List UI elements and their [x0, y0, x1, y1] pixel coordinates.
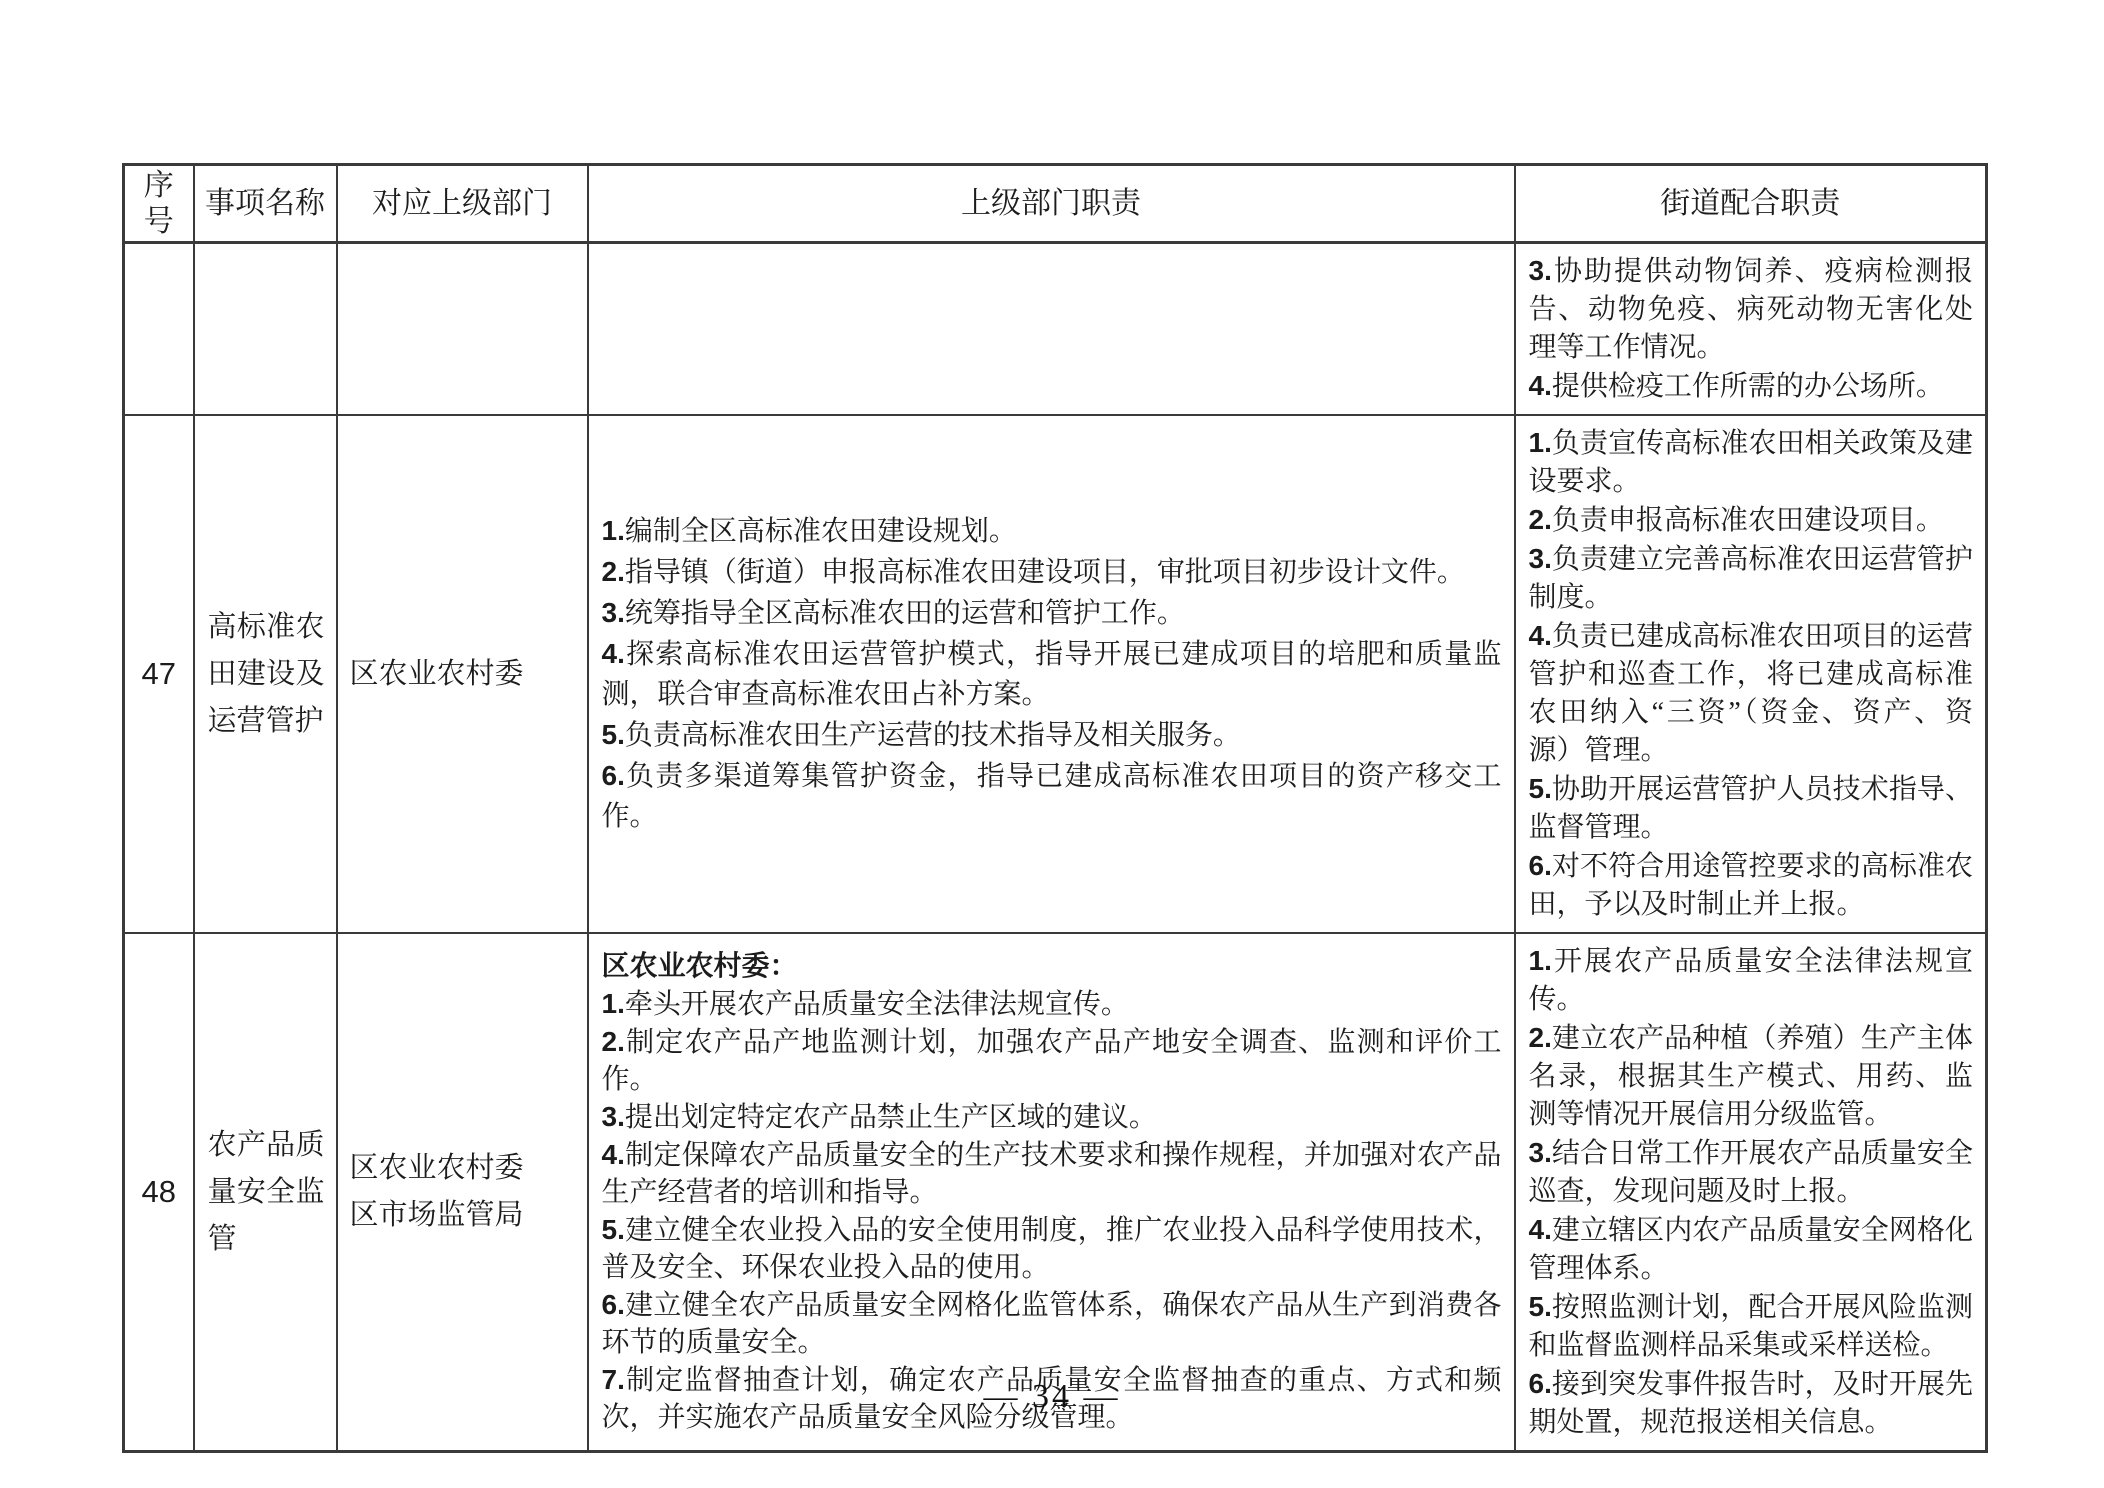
header-row: 序 号 事项名称 对应上级部门 上级部门职责 街道配合职责 [124, 165, 1987, 243]
duty-item-number: 3. [602, 1101, 625, 1132]
duty-item: 2.负责申报高标准农田建设项目。 [1529, 501, 1974, 540]
cell-item-name [194, 243, 337, 416]
header-superior-dept: 对应上级部门 [337, 165, 588, 243]
duty-item-number: 4. [1529, 370, 1552, 401]
duty-item: 5.协助开展运营管护人员技术指导、监督管理。 [1529, 770, 1974, 847]
duties-table: 序 号 事项名称 对应上级部门 上级部门职责 街道配合职责 3.协助提供动物饲养… [122, 163, 1988, 1453]
duty-item: 3.负责建立完善高标准农田运营管护制度。 [1529, 540, 1974, 617]
duty-item: 1.负责宣传高标准农田相关政策及建设要求。 [1529, 424, 1974, 501]
duty-item-number: 6. [602, 1289, 625, 1320]
duty-item-number: 2. [602, 1026, 625, 1057]
table-row: 48农产品质量安全监管区农业农村委 区市场监管局区农业农村委：1.牵头开展农产品… [124, 933, 1987, 1452]
duty-item-number: 4. [1529, 620, 1552, 651]
duty-item-number: 3. [602, 597, 625, 628]
duty-item: 1.开展农产品质量安全法律法规宣传。 [1529, 942, 1974, 1019]
duty-item: 5.负责高标准农田生产运营的技术指导及相关服务。 [602, 715, 1502, 756]
duty-item: 1.牵头开展农产品质量安全法律法规宣传。 [602, 985, 1502, 1023]
duty-item: 6.建立健全农产品质量安全网格化监管体系，确保农产品从生产到消费各环节的质量安全… [602, 1286, 1502, 1361]
header-street-duties: 街道配合职责 [1515, 165, 1987, 243]
duty-item: 3.协助提供动物饲养、疫病检测报告、动物免疫、病死动物无害化处理等工作情况。 [1529, 252, 1974, 367]
duty-item: 4.探索高标准农田运营管护模式，指导开展已建成项目的培肥和质量监测，联合审查高标… [602, 634, 1502, 715]
duty-item-number: 5. [602, 719, 625, 750]
duty-item: 3.结合日常工作开展农产品质量安全巡查，发现问题及时上报。 [1529, 1134, 1974, 1211]
page-number: — 34 — [0, 1378, 2104, 1416]
cell-item-name: 高标准农田建设及运营管护 [194, 415, 337, 933]
cell-superior-duties: 区农业农村委：1.牵头开展农产品质量安全法律法规宣传。2.制定农产品产地监测计划… [588, 933, 1515, 1452]
cell-seq: 48 [124, 933, 194, 1452]
duty-item: 4.负责已建成高标准农田项目的运营管护和巡查工作，将已建成高标准农田纳入“三资”… [1529, 617, 1974, 770]
cell-street-duties: 1.开展农产品质量安全法律法规宣传。2.建立农产品种植（养殖）生产主体名录，根据… [1515, 933, 1987, 1452]
cell-superior-dept [337, 243, 588, 416]
duty-item-number: 6. [602, 760, 625, 791]
duty-item: 4.制定保障农产品质量安全的生产技术要求和操作规程，并加强对农产品生产经营者的培… [602, 1136, 1502, 1211]
duty-item: 6.对不符合用途管控要求的高标准农田，予以及时制止并上报。 [1529, 847, 1974, 924]
duty-item-number: 5. [602, 1214, 625, 1245]
duty-item: 6.负责多渠道筹集管护资金，指导已建成高标准农田项目的资产移交工作。 [602, 756, 1502, 837]
duty-item-number: 6. [1529, 850, 1552, 881]
duty-item-number: 2. [602, 556, 625, 587]
duty-item-number: 4. [602, 1139, 625, 1170]
header-superior-duties: 上级部门职责 [588, 165, 1515, 243]
table-body: 3.协助提供动物饲养、疫病检测报告、动物免疫、病死动物无害化处理等工作情况。4.… [124, 243, 1987, 1452]
header-item-name: 事项名称 [194, 165, 337, 243]
duty-item-number: 3. [1529, 255, 1552, 286]
cell-superior-duties [588, 243, 1515, 416]
duty-item-number: 2. [1529, 504, 1552, 535]
duty-item: 2.建立农产品种植（养殖）生产主体名录，根据其生产模式、用药、监测等情况开展信用… [1529, 1019, 1974, 1134]
duty-item: 2.制定农产品产地监测计划，加强农产品产地安全调查、监测和评价工作。 [602, 1023, 1502, 1098]
cell-superior-duties: 1.编制全区高标准农田建设规划。2.指导镇（街道）申报高标准农田建设项目，审批项… [588, 415, 1515, 933]
duty-item-number: 4. [602, 638, 625, 669]
duty-item: 4.建立辖区内农产品质量安全网格化管理体系。 [1529, 1211, 1974, 1288]
duty-item: 3.统筹指导全区高标准农田的运营和管护工作。 [602, 593, 1502, 634]
header-seq: 序 号 [124, 165, 194, 243]
table-row: 3.协助提供动物饲养、疫病检测报告、动物免疫、病死动物无害化处理等工作情况。4.… [124, 243, 1987, 416]
duty-item-number: 5. [1529, 1291, 1552, 1322]
cell-superior-dept: 区农业农村委 [337, 415, 588, 933]
document-page: 序 号 事项名称 对应上级部门 上级部门职责 街道配合职责 3.协助提供动物饲养… [0, 0, 2104, 1488]
duty-item-number: 1. [602, 515, 625, 546]
table-row: 47高标准农田建设及运营管护区农业农村委1.编制全区高标准农田建设规划。2.指导… [124, 415, 1987, 933]
duty-item-number: 3. [1529, 543, 1552, 574]
cell-item-name: 农产品质量安全监管 [194, 933, 337, 1452]
duty-item-number: 3. [1529, 1137, 1552, 1168]
cell-street-duties: 1.负责宣传高标准农田相关政策及建设要求。2.负责申报高标准农田建设项目。3.负… [1515, 415, 1987, 933]
duty-item: 3.提出划定特定农产品禁止生产区域的建议。 [602, 1098, 1502, 1136]
duty-item-number: 4. [1529, 1214, 1552, 1245]
cell-superior-dept: 区农业农村委 区市场监管局 [337, 933, 588, 1452]
duty-item: 2.指导镇（街道）申报高标准农田建设项目，审批项目初步设计文件。 [602, 552, 1502, 593]
duty-item-number: 1. [1529, 945, 1552, 976]
cell-seq: 47 [124, 415, 194, 933]
duty-item-number: 1. [602, 988, 625, 1019]
duty-item-number: 5. [1529, 773, 1552, 804]
duty-item: 1.编制全区高标准农田建设规划。 [602, 511, 1502, 552]
duty-item: 4.提供检疫工作所需的办公场所。 [1529, 367, 1974, 406]
cell-seq [124, 243, 194, 416]
duty-item-number: 1. [1529, 427, 1552, 458]
duty-item-number: 2. [1529, 1022, 1552, 1053]
cell-street-duties: 3.协助提供动物饲养、疫病检测报告、动物免疫、病死动物无害化处理等工作情况。4.… [1515, 243, 1987, 416]
duty-item: 区农业农村委： [602, 948, 1502, 985]
table-header: 序 号 事项名称 对应上级部门 上级部门职责 街道配合职责 [124, 165, 1987, 243]
duty-item: 5.按照监测计划，配合开展风险监测和监督监测样品采集或采样送检。 [1529, 1288, 1974, 1365]
duty-item: 5.建立健全农业投入品的安全使用制度，推广农业投入品科学使用技术，普及安全、环保… [602, 1211, 1502, 1286]
